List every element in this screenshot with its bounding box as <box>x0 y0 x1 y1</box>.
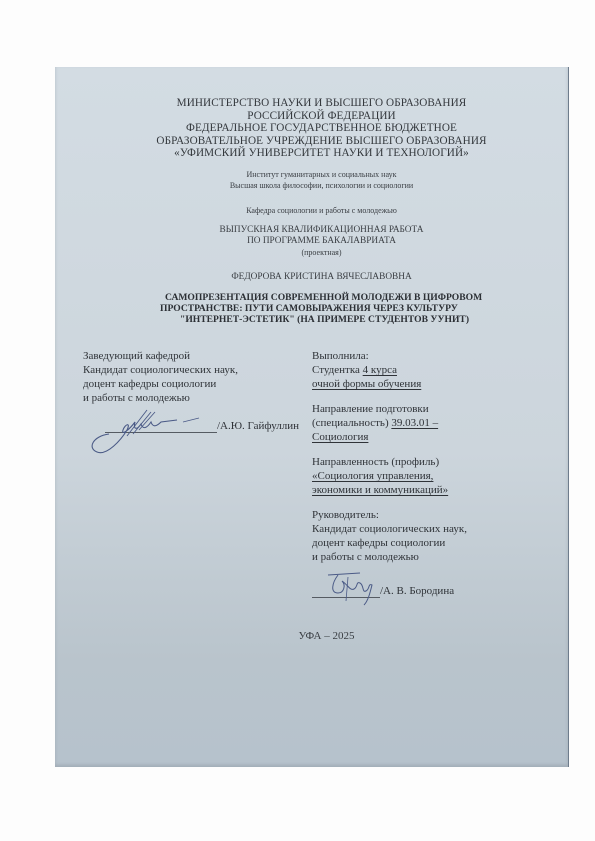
supervisor-degree: Кандидат социологических наук, <box>312 522 552 536</box>
thesis-title: САМОПРЕЗЕНТАЦИЯ СОВРЕМЕННОЙ МОЛОДЕЖИ В Ц… <box>160 292 560 326</box>
profile-label: Направленность (профиль) <box>312 455 552 469</box>
student-info: Выполнила: Студентка 4 курса очной формы… <box>312 349 552 391</box>
work-type-sub: (проектная) <box>75 247 568 258</box>
direction-prefix: (специальность) <box>312 417 391 429</box>
city-year: УФА – 2025 <box>55 630 568 642</box>
thesis-title-line: "ИНТЕРНЕТ-ЭСТЕТИК" (НА ПРИМЕРЕ СТУДЕНТОВ… <box>160 314 560 325</box>
course-value: 4 курса <box>363 364 397 376</box>
supervisor-title: доцент кафедры социологии <box>312 536 552 550</box>
work-type-line: ПО ПРОГРАММЕ БАКАЛАВРИАТА <box>75 236 568 247</box>
ministry-line: РОССИЙСКОЙ ФЕДЕРАЦИИ <box>75 110 568 123</box>
head-of-department-block: Заведующий кафедрой Кандидат социологиче… <box>83 349 303 405</box>
thesis-title-line: ПРОСТРАНСТВЕ: ПУТИ САМОВЫРАЖЕНИЯ ЧЕРЕЗ К… <box>160 303 560 314</box>
supervisor-signature-row: /А. В. Бородина <box>312 583 552 613</box>
direction-name: Социология <box>312 430 552 444</box>
ministry-line: ОБРАЗОВАТЕЛЬНОЕ УЧРЕЖДЕНИЕ ВЫСШЕГО ОБРАЗ… <box>75 135 568 148</box>
school-name: Высшая школа философии, психологии и соц… <box>75 180 568 191</box>
course-prefix: Студентка <box>312 364 363 376</box>
thesis-title-line: САМОПРЕЗЕНТАЦИЯ СОВРЕМЕННОЙ МОЛОДЕЖИ В Ц… <box>160 292 560 303</box>
department-name: Кафедра социологии и работы с молодежью <box>55 205 568 216</box>
title-page: МИНИСТЕРСТВО НАУКИ И ВЫСШЕГО ОБРАЗОВАНИЯ… <box>55 67 569 767</box>
study-form: очной формы обучения <box>312 377 552 391</box>
profile-line: «Социология управления, <box>312 469 552 483</box>
student-block: Выполнила: Студентка 4 курса очной формы… <box>312 349 552 575</box>
institute-block: Институт гуманитарных и социальных наук … <box>55 169 568 191</box>
author-name: ФЕДОРОВА КРИСТИНА ВЯЧЕСЛАВОВНА <box>55 272 568 283</box>
university-name: «УФИМСКИЙ УНИВЕРСИТЕТ НАУКИ И ТЕХНОЛОГИЙ… <box>75 147 568 160</box>
profile-line: экономики и коммуникаций» <box>312 483 552 497</box>
ministry-line: МИНИСТЕРСТВО НАУКИ И ВЫСШЕГО ОБРАЗОВАНИЯ <box>75 97 568 110</box>
work-type-line: ВЫПУСКНАЯ КВАЛИФИКАЦИОННАЯ РАБОТА <box>75 225 568 236</box>
head-position: Заведующий кафедрой <box>83 349 303 363</box>
work-type: ВЫПУСКНАЯ КВАЛИФИКАЦИОННАЯ РАБОТА ПО ПРО… <box>55 225 568 258</box>
direction-label: Направление подготовки <box>312 402 552 416</box>
direction-code-line: (специальность) 39.03.01 – <box>312 416 552 430</box>
direction-info: Направление подготовки (специальность) 3… <box>312 402 552 444</box>
head-signature-name: /А.Ю. Гайфуллин <box>217 420 299 432</box>
performed-by-label: Выполнила: <box>312 349 552 363</box>
supervisor-title-cont: и работы с молодежью <box>312 550 552 564</box>
ministry-header: МИНИСТЕРСТВО НАУКИ И ВЫСШЕГО ОБРАЗОВАНИЯ… <box>55 97 568 160</box>
supervisor-info: Руководитель: Кандидат социологических н… <box>312 508 552 564</box>
supervisor-label: Руководитель: <box>312 508 552 522</box>
ministry-line: ФЕДЕРАЛЬНОЕ ГОСУДАРСТВЕННОЕ БЮДЖЕТНОЕ <box>75 122 568 135</box>
head-signature-row: /А.Ю. Гайфуллин <box>83 418 323 448</box>
supervisor-signature-name: /А. В. Бородина <box>380 585 454 597</box>
head-title: доцент кафедры социологии <box>83 377 303 391</box>
institute-name: Институт гуманитарных и социальных наук <box>75 169 568 180</box>
student-course: Студентка 4 курса <box>312 363 552 377</box>
profile-info: Направленность (профиль) «Социология упр… <box>312 455 552 497</box>
head-degree: Кандидат социологических наук, <box>83 363 303 377</box>
handwritten-signature-icon <box>81 400 211 450</box>
direction-code: 39.03.01 – <box>391 417 438 429</box>
